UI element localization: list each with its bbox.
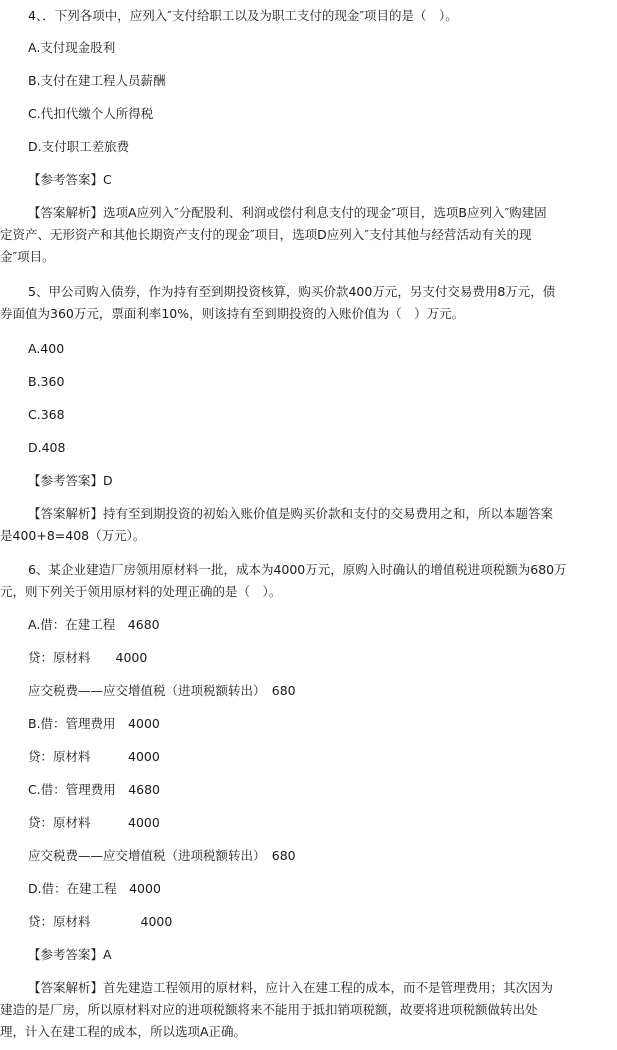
analysis-text: 首先建造工程领用的原材料，应计入在建工程的成本，而不是管理费用；其次因为 <box>103 980 553 995</box>
q6-option-line: 贷：原材料 4000 <box>28 647 617 669</box>
q6-answer: 【参考答案】A <box>28 944 617 966</box>
q5-stem-line-2: 券面值为360万元，票面利率10%，则该持有至到期投资的入账价值为（ ）万元。 <box>0 303 617 325</box>
analysis-text: 持有至到期投资的初始入账价值是购买价款和支付的交易费用之和，所以本题答案 <box>103 506 553 521</box>
q6-stem-line-2: 元，则下列关于领用原材料的处理正确的是（ ）。 <box>0 581 617 603</box>
q6-option-line: 应交税费——应交增值税（进项税额转出） 680 <box>28 845 617 867</box>
answer-label: 【参考答案】 <box>28 947 103 962</box>
q5-option-d: D.408 <box>28 437 617 459</box>
q4-stem: 4、．下列各项中，应列入″支付给职工以及为职工支付的现金″项目的是（ ）。 <box>28 5 617 27</box>
q5-option-a: A.400 <box>28 338 617 360</box>
analysis-text: 选项A应列入″分配股利、利润或偿付利息支付的现金″项目，选项B应列入″购建固 <box>103 205 547 220</box>
q6-stem-line-1: 6、某企业建造厂房领用原材料一批，成本为4000万元，原购入时确认的增值税进项税… <box>28 559 617 581</box>
answer-value: C <box>103 172 112 187</box>
q4-option-b: B.支付在建工程人员薪酬 <box>28 70 617 92</box>
q6-option-line: D.借：在建工程 4000 <box>28 878 617 900</box>
q5-option-b: B.360 <box>28 371 617 393</box>
q4-option-d: D.支付职工差旅费 <box>28 136 617 158</box>
q6-option-line: C.借：管理费用 4680 <box>28 779 617 801</box>
q5-analysis-line-1: 【答案解析】持有至到期投资的初始入账价值是购买价款和支付的交易费用之和，所以本题… <box>28 503 617 525</box>
q6-option-line: 应交税费——应交增值税（进项税额转出） 680 <box>28 680 617 702</box>
q4-option-c: C.代扣代缴个人所得税 <box>28 103 617 125</box>
q5-analysis-line-2: 是400+8=408（万元）。 <box>0 525 617 547</box>
q6-analysis-line-1: 【答案解析】首先建造工程领用的原材料，应计入在建工程的成本，而不是管理费用；其次… <box>28 977 617 999</box>
q6-analysis-line-3: 理，计入在建工程的成本，所以选项A正确。 <box>0 1021 617 1043</box>
q5-answer: 【参考答案】D <box>28 470 617 492</box>
q4-answer: 【参考答案】C <box>28 169 617 191</box>
q4-analysis-line-2: 定资产、无形资产和其他长期资产支付的现金″项目，选项D应列入″支付其他与经营活动… <box>0 224 617 246</box>
q6-option-line: A.借：在建工程 4680 <box>28 614 617 636</box>
q4-option-a: A.支付现金股利 <box>28 37 617 59</box>
analysis-label: 【答案解析】 <box>28 980 103 995</box>
q6-option-line: 贷：原材料 4000 <box>28 812 617 834</box>
q6-option-line: B.借：管理费用 4000 <box>28 713 617 735</box>
q4-analysis-line-3: 金″项目。 <box>0 246 617 268</box>
answer-value: D <box>103 473 113 488</box>
q5-stem-line-1: 5、甲公司购入债券，作为持有至到期投资核算，购买价款400万元，另支付交易费用8… <box>28 281 617 303</box>
q5-option-c: C.368 <box>28 404 617 426</box>
q6-analysis-line-2: 建造的是厂房，所以原材料对应的进项税额将来不能用于抵扣销项税额，故要将进项税额做… <box>0 999 617 1021</box>
q6-option-line: 贷：原材料 4000 <box>28 911 617 933</box>
q4-analysis-line-1: 【答案解析】选项A应列入″分配股利、利润或偿付利息支付的现金″项目，选项B应列入… <box>28 202 617 224</box>
answer-label: 【参考答案】 <box>28 172 103 187</box>
answer-value: A <box>103 947 112 962</box>
answer-label: 【参考答案】 <box>28 473 103 488</box>
q6-option-line: 贷：原材料 4000 <box>28 746 617 768</box>
analysis-label: 【答案解析】 <box>28 506 103 521</box>
analysis-label: 【答案解析】 <box>28 205 103 220</box>
